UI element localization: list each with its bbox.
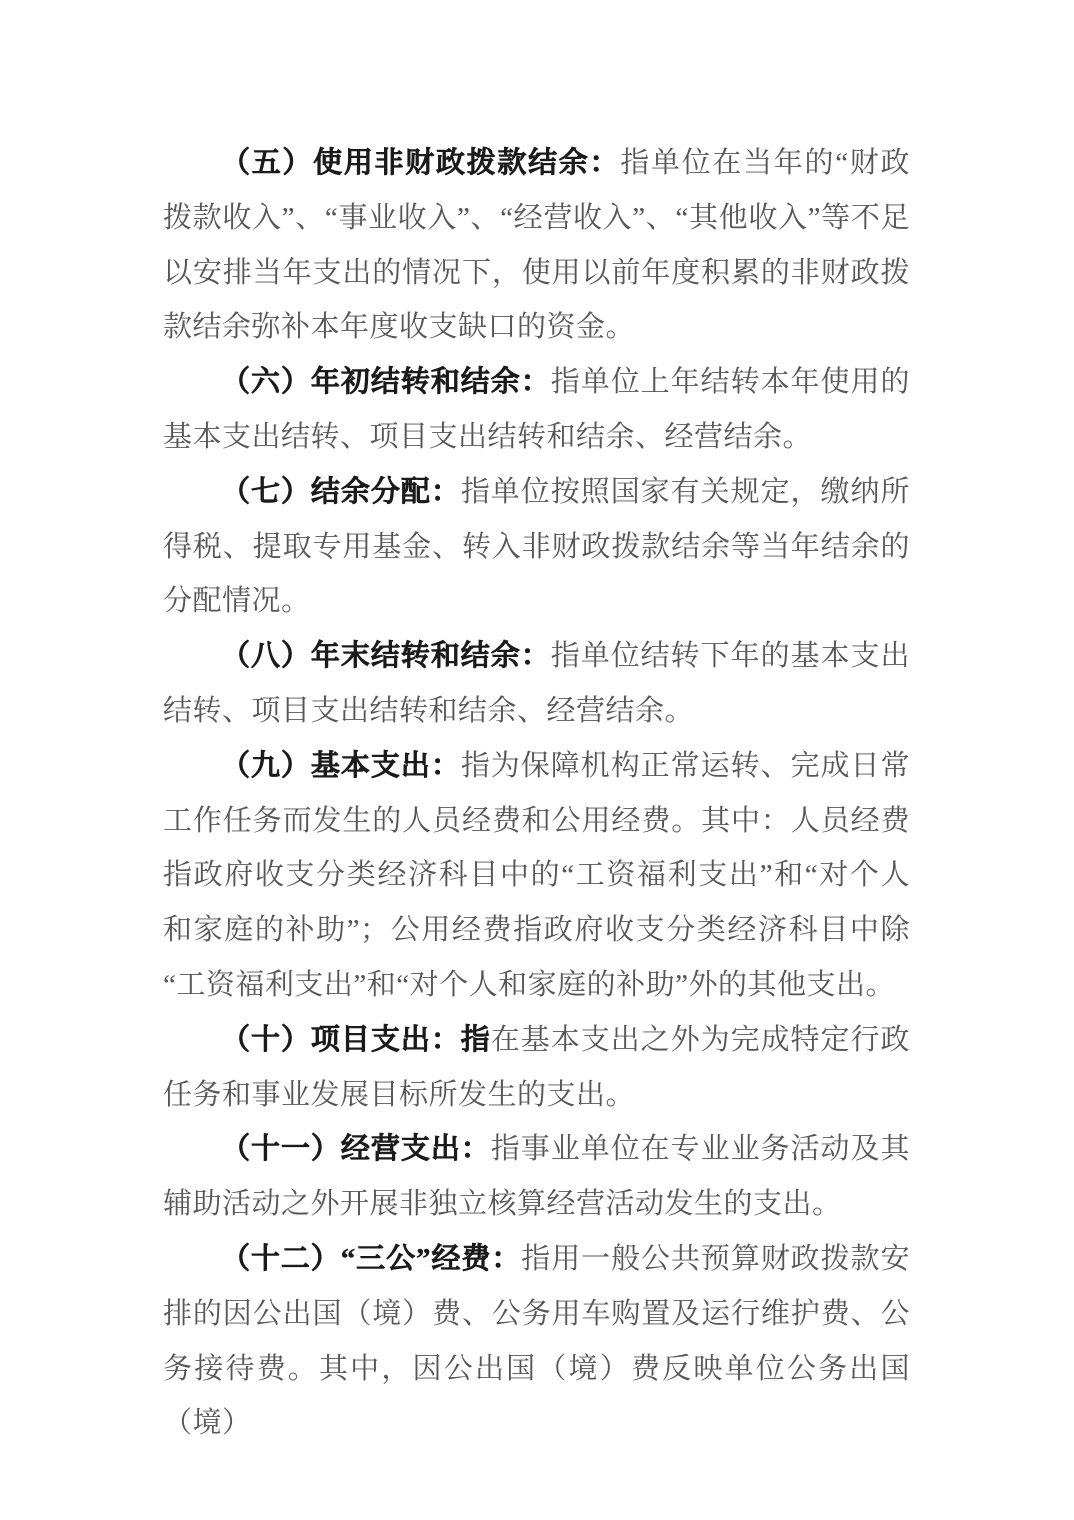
- document-page: （五）使用非财政拨款结余：指单位在当年的“财政拨款收入”、“事业收入”、“经营收…: [0, 0, 1074, 1520]
- term-label-11: （十一）经营支出：: [221, 1133, 491, 1165]
- term-label-7: （七）结余分配：: [221, 476, 461, 508]
- paragraph-item-11: （十一）经营支出：指事业单位在专业业务活动及其辅助活动之外开展非独立核算经营活动…: [163, 1122, 910, 1232]
- paragraph-item-7: （七）结余分配：指单位按照国家有关规定，缴纳所得税、提取专用基金、转入非财政拨款…: [163, 465, 910, 629]
- paragraph-item-12: （十二）“三公”经费：指用一般公共预算财政拨款安排的因公出国（境）费、公务用车购…: [163, 1232, 910, 1451]
- paragraph-item-8: （八）年末结转和结余：指单位结转下年的基本支出结转、项目支出结转和结余、经营结余…: [163, 629, 910, 739]
- term-label-6: （六）年初结转和结余：: [221, 366, 551, 398]
- paragraph-item-9: （九）基本支出：指为保障机构正常运转、完成日常工作任务而发生的人员经费和公用经费…: [163, 739, 910, 1013]
- term-label-12: （十二）“三公”经费：: [221, 1243, 521, 1275]
- paragraph-item-6: （六）年初结转和结余：指单位上年结转本年使用的基本支出结转、项目支出结转和结余、…: [163, 355, 910, 465]
- term-label-8: （八）年末结转和结余：: [221, 640, 551, 672]
- paragraph-item-5: （五）使用非财政拨款结余：指单位在当年的“财政拨款收入”、“事业收入”、“经营收…: [163, 136, 910, 355]
- term-label-5: （五）使用非财政拨款结余：: [221, 147, 620, 179]
- term-label-10: （十）项目支出：指: [221, 1024, 491, 1056]
- paragraph-item-10: （十）项目支出：指在基本支出之外为完成特定行政任务和事业发展目标所发生的支出。: [163, 1013, 910, 1123]
- term-label-9: （九）基本支出：: [221, 750, 461, 782]
- term-definition-9: 指为保障机构正常运转、完成日常工作任务而发生的人员经费和公用经费。其中：人员经费…: [163, 750, 910, 1001]
